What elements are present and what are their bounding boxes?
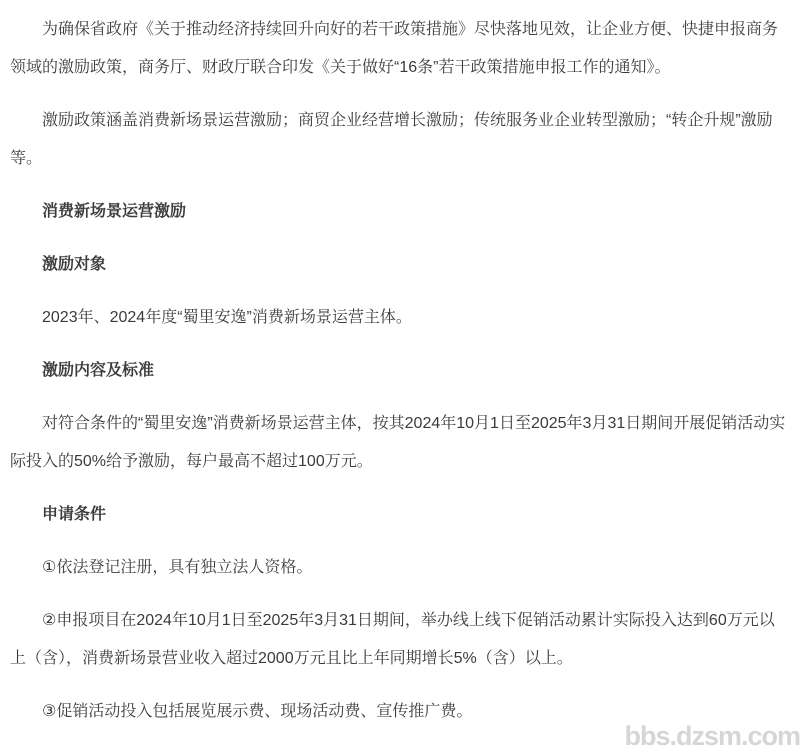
article-body: 为确保省政府《关于推动经济持续回升向好的若干政策措施》尽快落地见效，让企业方便、… [0, 0, 802, 751]
intro-paragraph: 为确保省政府《关于推动经济持续回升向好的若干政策措施》尽快落地见效，让企业方便、… [10, 11, 790, 87]
condition-item-1-paragraph: ①依法登记注册，具有独立法人资格。 [10, 549, 790, 587]
condition-item-2-paragraph: ②申报项目在2024年10月1日至2025年3月31日期间，举办线上线下促销活动… [10, 602, 790, 678]
incentive-content-paragraph: 对符合条件的“蜀里安逸”消费新场景运营主体，按其2024年10月1日至2025年… [10, 405, 790, 481]
subheading-application-conditions: 申请条件 [10, 496, 790, 534]
subheading-incentive-target: 激励对象 [10, 246, 790, 284]
site-watermark: bbs.dzsm.com [624, 723, 800, 750]
section-heading-consumption-new-scene: 消费新场景运营激励 [10, 193, 790, 231]
policy-scope-paragraph: 激励政策涵盖消费新场景运营激励；商贸企业经营增长激励；传统服务业企业转型激励；“… [10, 102, 790, 178]
incentive-target-paragraph: 2023年、2024年度“蜀里安逸”消费新场景运营主体。 [10, 299, 790, 337]
subheading-incentive-content-standard: 激励内容及标准 [10, 352, 790, 390]
